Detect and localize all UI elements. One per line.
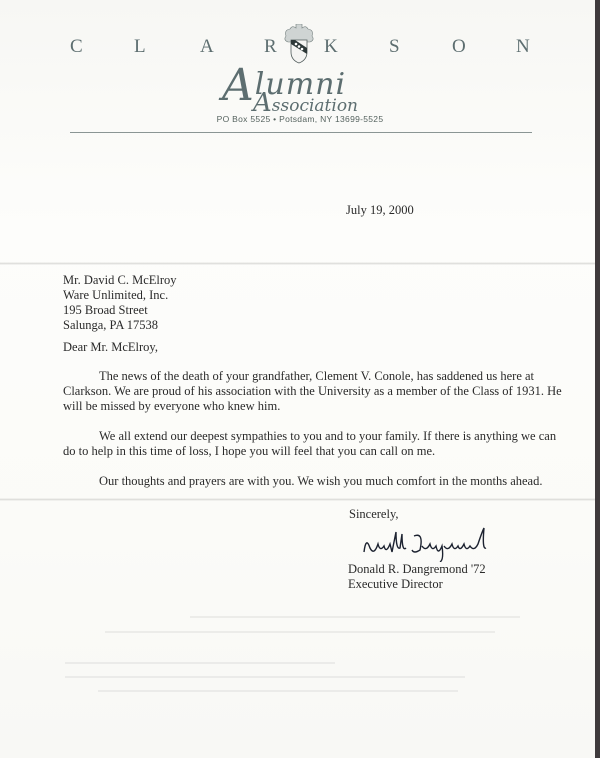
paper-fold-line <box>0 498 595 501</box>
recipient-city: Salunga, PA 17538 <box>63 318 177 333</box>
letter-page: C L A R K S O N Alumni Association PO Bo… <box>0 0 600 758</box>
signer-title: Executive Director <box>348 577 486 592</box>
show-through-text <box>98 690 458 692</box>
signer-name: Donald R. Dangremond '72 <box>348 562 486 577</box>
recipient-company: Ware Unlimited, Inc. <box>63 288 177 303</box>
brand-letter: C <box>70 36 83 58</box>
brand-letter: O <box>452 36 466 58</box>
show-through-text <box>105 631 495 633</box>
show-through-text <box>65 676 465 678</box>
letter-date: July 19, 2000 <box>346 203 414 218</box>
brand-letter: A <box>200 36 214 58</box>
letterhead-address: PO Box 5525 • Potsdam, NY 13699-5525 <box>0 114 600 124</box>
recipient-address-block: Mr. David C. McElroy Ware Unlimited, Inc… <box>63 273 177 333</box>
body-paragraph: The news of the death of your grandfathe… <box>63 369 563 414</box>
show-through-text <box>65 662 335 664</box>
body-paragraph: Our thoughts and prayers are with you. W… <box>63 474 563 489</box>
brand-letter: L <box>134 36 146 58</box>
show-through-text <box>190 616 520 618</box>
body-paragraph: We all extend our deepest sympathies to … <box>63 429 563 459</box>
recipient-name: Mr. David C. McElroy <box>63 273 177 288</box>
brand-letter: N <box>516 36 530 58</box>
scan-edge <box>595 0 600 758</box>
letterhead-divider <box>70 132 532 133</box>
brand-letter: S <box>389 36 400 58</box>
handwritten-signature <box>360 526 500 562</box>
closing: Sincerely, <box>349 507 399 522</box>
salutation: Dear Mr. McElroy, <box>63 340 158 355</box>
signer-block: Donald R. Dangremond '72 Executive Direc… <box>348 562 486 592</box>
recipient-street: 195 Broad Street <box>63 303 177 318</box>
paper-fold-line <box>0 262 595 265</box>
